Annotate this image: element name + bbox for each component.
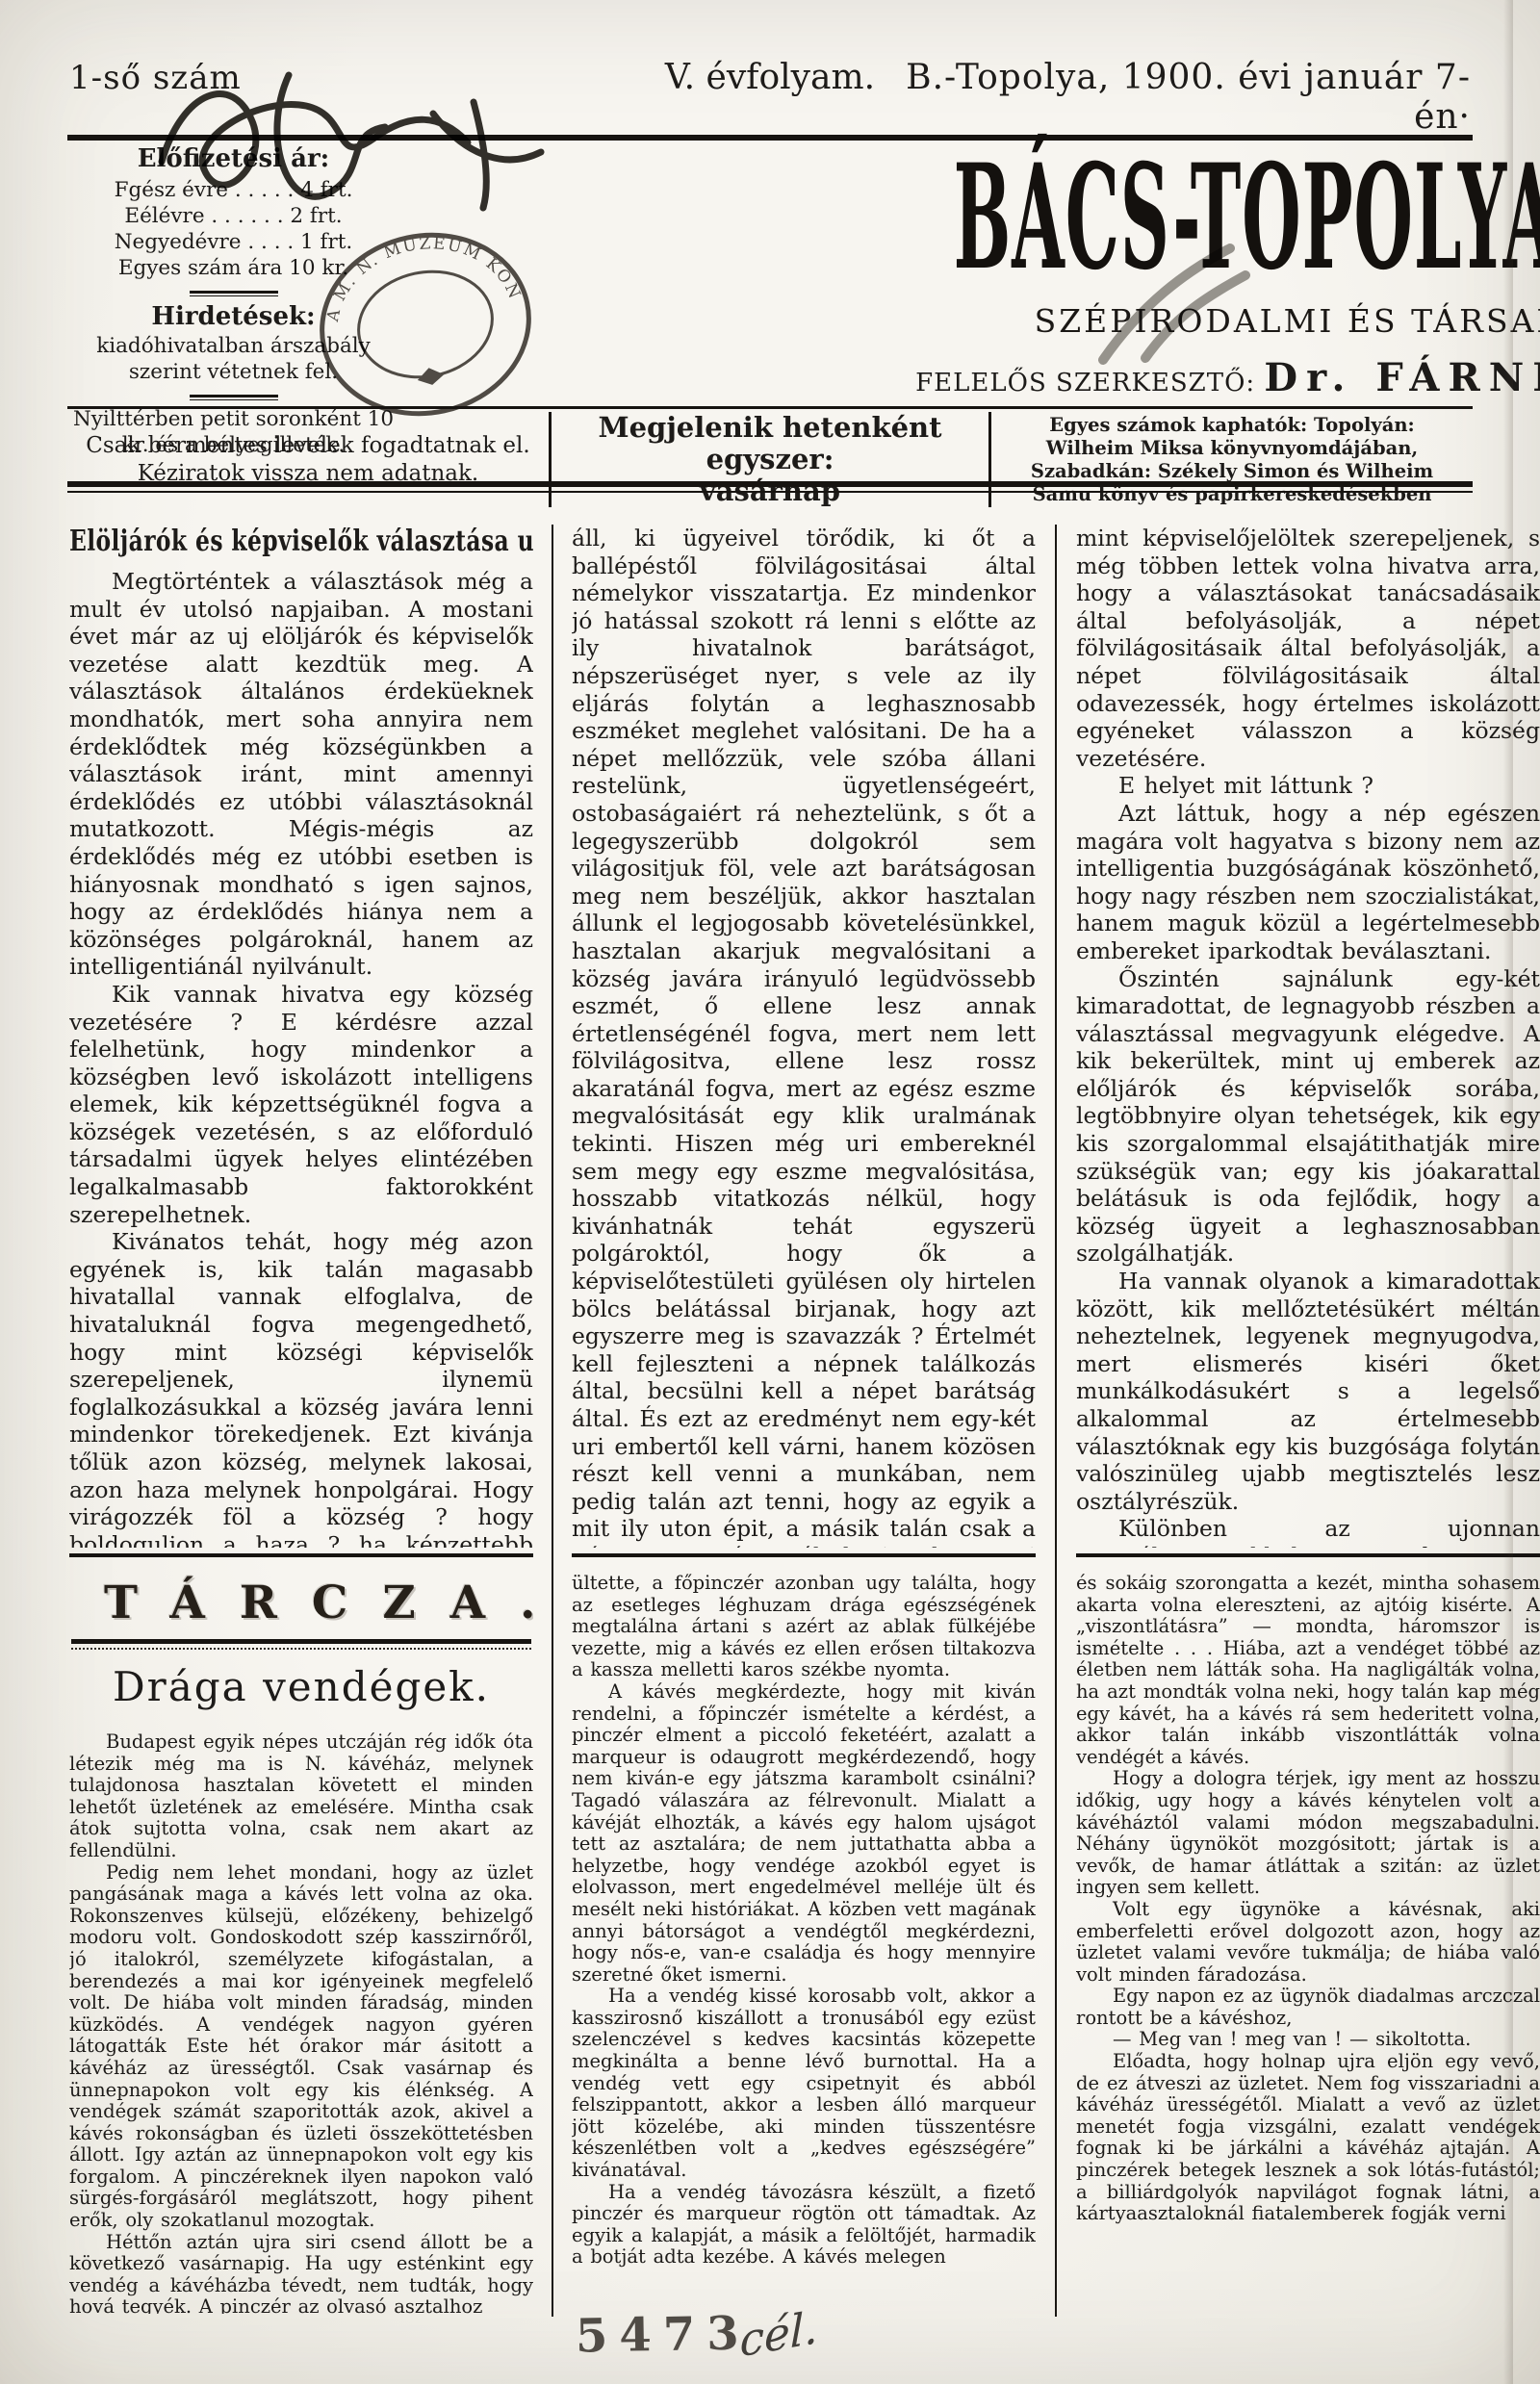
publication-schedule: Megjelenik hetenként egyszer: vasárnap xyxy=(549,412,991,507)
editor-line: FELELŐS SZERKESZTŐ: Dr. FÁRNEK DEZSŐ ÜGY… xyxy=(399,355,1540,400)
article-paragraph: áll, ki ügyeivel törődik, ki őt a ballép… xyxy=(572,525,1036,1548)
feuilleton-paragraph: Héttőn aztán ujra siri csend állott be a… xyxy=(69,2232,533,2314)
feuilleton-paragraph: — Meg van ! meg van ! — sikoltotta. xyxy=(1076,2029,1540,2051)
column-rule-right xyxy=(1055,525,1057,2317)
lead-article-heading: Elöljárók és képviselők választása után. xyxy=(69,525,533,558)
column-2: áll, ki ügyeivel törődik, ki őt a ballép… xyxy=(572,525,1036,2314)
feuilleton-col1: TÁRCZA. Drága vendégek. Budapest egyik n… xyxy=(69,1573,533,2314)
feuilleton-paragraph: Budapest egyik népes utczáján rég idők ó… xyxy=(69,1731,533,1862)
feuilleton-paragraph: Hogy a dologra térjek, igy ment az hossz… xyxy=(1076,1768,1540,1899)
article-paragraph: Megtörténtek a választások még a mult év… xyxy=(69,568,533,981)
column-3: mint képviselőjelöltek szerepeljenek, s … xyxy=(1076,525,1540,2314)
date-line: B.-Topolya, 1900. évi január 7-én· xyxy=(875,58,1471,137)
feuilleton-title: Drága vendégek. xyxy=(69,1663,533,1710)
article-paragraph: Kik vannak hivatva egy község vezetésére… xyxy=(69,981,533,1228)
feuilleton-paragraph: Előadta, hogy holnap ujra eljön egy vevő… xyxy=(1076,2051,1540,2225)
editor-name: Dr. FÁRNEK DEZSŐ xyxy=(1264,355,1540,400)
feuilleton-paragraph: Volt egy ügynöke a kávésnak, aki emberfe… xyxy=(1076,1899,1540,1986)
feuilleton-section-heading: TÁRCZA. xyxy=(69,1577,533,1629)
lead-article-col1: Elöljárók és képviselők választása után.… xyxy=(69,525,533,1548)
lead-article-col2: áll, ki ügyeivel törődik, ki őt a ballép… xyxy=(572,525,1036,1548)
feuilleton-paragraph: ültette, a főpinczér azonban ugy találta… xyxy=(572,1573,1036,1681)
svg-text:A M. N. MUZEUM KÖNYVTÁRA: A M. N. MUZEUM KÖNYVTÁRA xyxy=(310,223,526,346)
feuilleton-paragraph: A kávés megkérdezte, hogy mit kiván rend… xyxy=(572,1681,1036,1986)
article-paragraph: Különben az ujonnan megválasztottakkal e… xyxy=(1076,1515,1540,1548)
masthead-rule xyxy=(67,406,1473,409)
article-paragraph: Kivánatos tehát, hogy még azon egyének i… xyxy=(69,1228,533,1548)
section-rule xyxy=(69,1553,533,1557)
volume-label: V. évfolyam. xyxy=(665,58,875,97)
scan-edge-shadow xyxy=(1503,0,1513,2384)
section-divider xyxy=(190,395,278,400)
feuilleton-paragraph: Ha a vendég kissé korosabb volt, akkor a… xyxy=(572,1986,1036,2181)
feuilleton-paragraph: Pedig nem lehet mondani, hogy az üzlet p… xyxy=(69,1862,533,2232)
feuilleton-col3: és sokáig szorongatta a kezét, mintha so… xyxy=(1076,1573,1540,2314)
ink-scribble-top xyxy=(144,46,568,239)
feuilleton-double-rule xyxy=(71,1639,531,1650)
feuilleton-paragraph: Egy napon ez az ügynök diadalmas arczcza… xyxy=(1076,1986,1540,2029)
newspaper-subtitle: SZÉPIRODALMI ÉS TÁRSADALMI HETILAP. xyxy=(399,302,1540,340)
infobar-rule-thin xyxy=(67,491,1473,493)
feuilleton-col2: ültette, a főpinczér azonban ugy találta… xyxy=(572,1573,1036,2314)
library-stamp-icon: A M. N. MUZEUM KÖNYVTÁRA xyxy=(310,223,541,425)
infobar-rule-thick xyxy=(67,481,1473,487)
feuilleton-paragraph: és sokáig szorongatta a kezét, mintha so… xyxy=(1076,1573,1540,1768)
article-paragraph: Azt láttuk, hogy a nép egészen magára vo… xyxy=(1076,800,1540,965)
section-rule xyxy=(1076,1553,1540,1557)
article-paragraph: mint képviselőjelöltek szerepeljenek, s … xyxy=(1076,525,1540,772)
column-rule-left xyxy=(552,525,553,2317)
column-1: Elöljárók és képviselők választása után.… xyxy=(69,525,533,2314)
newspaper-page: 1-ső szám V. évfolyam. B.-Topolya, 1900.… xyxy=(0,0,1540,2384)
info-bar: Csak bérmentes levelek fogadtatnak el. K… xyxy=(67,412,1473,479)
feuilleton-paragraph: Ha a vendég távozásra készült, a fizető … xyxy=(572,2182,1036,2269)
lead-article-col3: mint képviselőjelöltek szerepeljenek, s … xyxy=(1076,525,1540,1548)
ink-scribble-right xyxy=(1086,237,1269,381)
article-paragraph: E helyet mit láttunk ? xyxy=(1076,772,1540,800)
manuscript-notice: Csak bérmentes levelek fogadtatnak el. K… xyxy=(67,432,549,488)
section-divider xyxy=(190,291,278,296)
schedule-line1: Megjelenik hetenként egyszer: xyxy=(565,412,975,475)
archive-number-stamp: 5473 xyxy=(576,2306,752,2363)
section-rule xyxy=(572,1553,1036,1557)
article-paragraph: Őszintén sajnálunk egy-két kimaradottat,… xyxy=(1076,965,1540,1269)
article-paragraph: Ha vannak olyanok a kimaradottak között,… xyxy=(1076,1268,1540,1515)
